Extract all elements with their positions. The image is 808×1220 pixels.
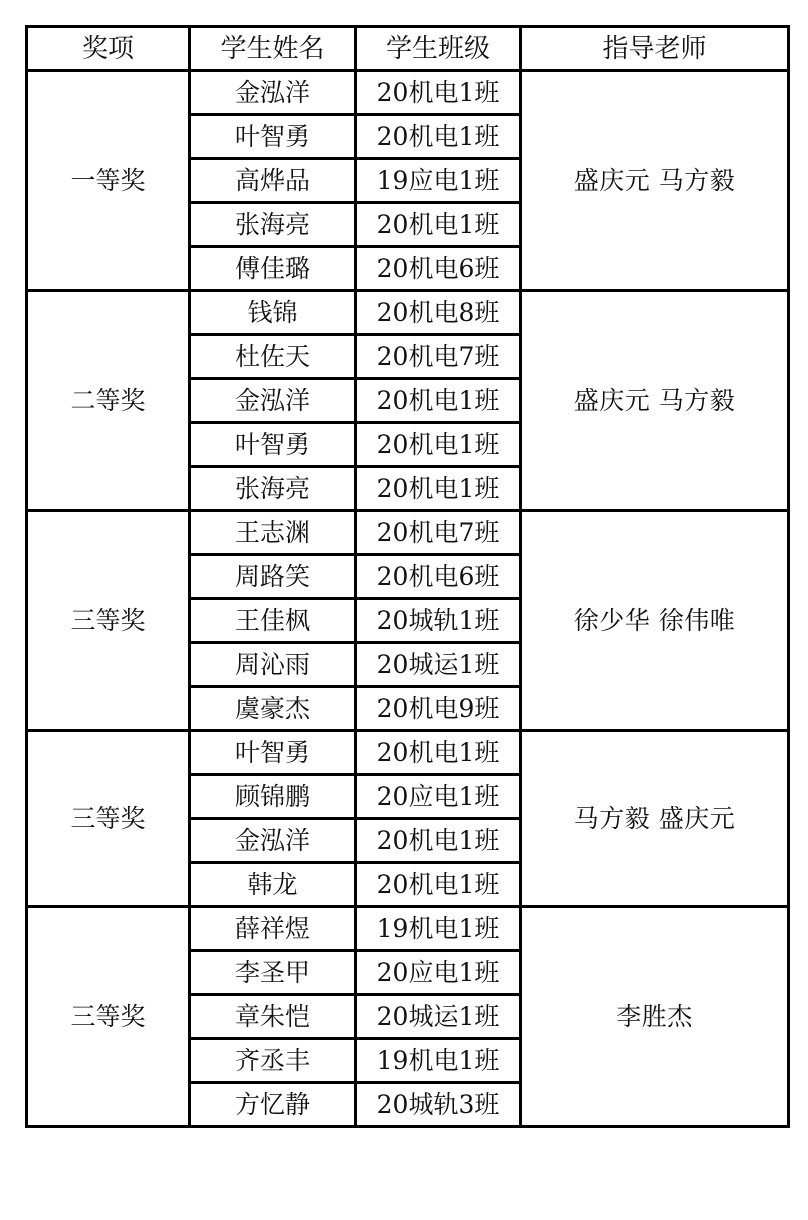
student-name: 章朱恺 xyxy=(190,995,356,1039)
advisor-cell: 盛庆元 马方毅 xyxy=(521,71,789,291)
header-row: 奖项 学生姓名 学生班级 指导老师 xyxy=(27,27,789,71)
student-name: 钱锦 xyxy=(190,291,356,335)
table-row: 一等奖 金泓洋 20机电1班 盛庆元 马方毅 xyxy=(27,71,789,115)
student-name: 张海亮 xyxy=(190,467,356,511)
student-class: 20机电1班 xyxy=(356,379,521,423)
student-class: 20城轨3班 xyxy=(356,1083,521,1127)
student-name: 方忆静 xyxy=(190,1083,356,1127)
student-name: 金泓洋 xyxy=(190,819,356,863)
student-class: 20应电1班 xyxy=(356,775,521,819)
table-row: 三等奖 叶智勇 20机电1班 马方毅 盛庆元 xyxy=(27,731,789,775)
student-name: 薛祥煜 xyxy=(190,907,356,951)
student-class: 20机电1班 xyxy=(356,423,521,467)
student-class: 20机电1班 xyxy=(356,731,521,775)
student-name: 叶智勇 xyxy=(190,423,356,467)
award-cell: 三等奖 xyxy=(27,731,190,907)
advisor-cell: 盛庆元 马方毅 xyxy=(521,291,789,511)
student-class: 20机电8班 xyxy=(356,291,521,335)
header-advisor: 指导老师 xyxy=(521,27,789,71)
student-name: 王志渊 xyxy=(190,511,356,555)
student-class: 20机电1班 xyxy=(356,819,521,863)
student-name: 周沁雨 xyxy=(190,643,356,687)
award-cell: 三等奖 xyxy=(27,907,190,1127)
student-class: 20机电9班 xyxy=(356,687,521,731)
student-class: 20应电1班 xyxy=(356,951,521,995)
student-class: 20机电6班 xyxy=(356,555,521,599)
student-class: 20城运1班 xyxy=(356,995,521,1039)
header-student-name: 学生姓名 xyxy=(190,27,356,71)
student-name: 李圣甲 xyxy=(190,951,356,995)
award-cell: 三等奖 xyxy=(27,511,190,731)
student-name: 叶智勇 xyxy=(190,731,356,775)
student-name: 金泓洋 xyxy=(190,379,356,423)
student-name: 张海亮 xyxy=(190,203,356,247)
student-name: 杜佐天 xyxy=(190,335,356,379)
student-class: 19应电1班 xyxy=(356,159,521,203)
student-class: 20机电1班 xyxy=(356,115,521,159)
student-class: 20机电7班 xyxy=(356,511,521,555)
header-student-class: 学生班级 xyxy=(356,27,521,71)
student-name: 虞豪杰 xyxy=(190,687,356,731)
award-table: 奖项 学生姓名 学生班级 指导老师 一等奖 金泓洋 20机电1班 盛庆元 马方毅… xyxy=(25,25,790,1128)
student-class: 20机电7班 xyxy=(356,335,521,379)
student-class: 19机电1班 xyxy=(356,907,521,951)
student-class: 20城轨1班 xyxy=(356,599,521,643)
student-name: 傅佳璐 xyxy=(190,247,356,291)
award-cell: 二等奖 xyxy=(27,291,190,511)
header-award: 奖项 xyxy=(27,27,190,71)
student-class: 20机电1班 xyxy=(356,71,521,115)
table-row: 三等奖 王志渊 20机电7班 徐少华 徐伟唯 xyxy=(27,511,789,555)
student-class: 20城运1班 xyxy=(356,643,521,687)
table-row: 三等奖 薛祥煜 19机电1班 李胜杰 xyxy=(27,907,789,951)
student-name: 顾锦鹏 xyxy=(190,775,356,819)
student-class: 20机电6班 xyxy=(356,247,521,291)
student-class: 20机电1班 xyxy=(356,863,521,907)
student-class: 19机电1班 xyxy=(356,1039,521,1083)
student-name: 金泓洋 xyxy=(190,71,356,115)
advisor-cell: 徐少华 徐伟唯 xyxy=(521,511,789,731)
student-name: 王佳枫 xyxy=(190,599,356,643)
advisor-cell: 李胜杰 xyxy=(521,907,789,1127)
student-name: 周路笑 xyxy=(190,555,356,599)
award-cell: 一等奖 xyxy=(27,71,190,291)
student-name: 韩龙 xyxy=(190,863,356,907)
table-row: 二等奖 钱锦 20机电8班 盛庆元 马方毅 xyxy=(27,291,789,335)
student-class: 20机电1班 xyxy=(356,467,521,511)
advisor-cell: 马方毅 盛庆元 xyxy=(521,731,789,907)
student-name: 高烨品 xyxy=(190,159,356,203)
student-class: 20机电1班 xyxy=(356,203,521,247)
student-name: 叶智勇 xyxy=(190,115,356,159)
student-name: 齐丞丰 xyxy=(190,1039,356,1083)
